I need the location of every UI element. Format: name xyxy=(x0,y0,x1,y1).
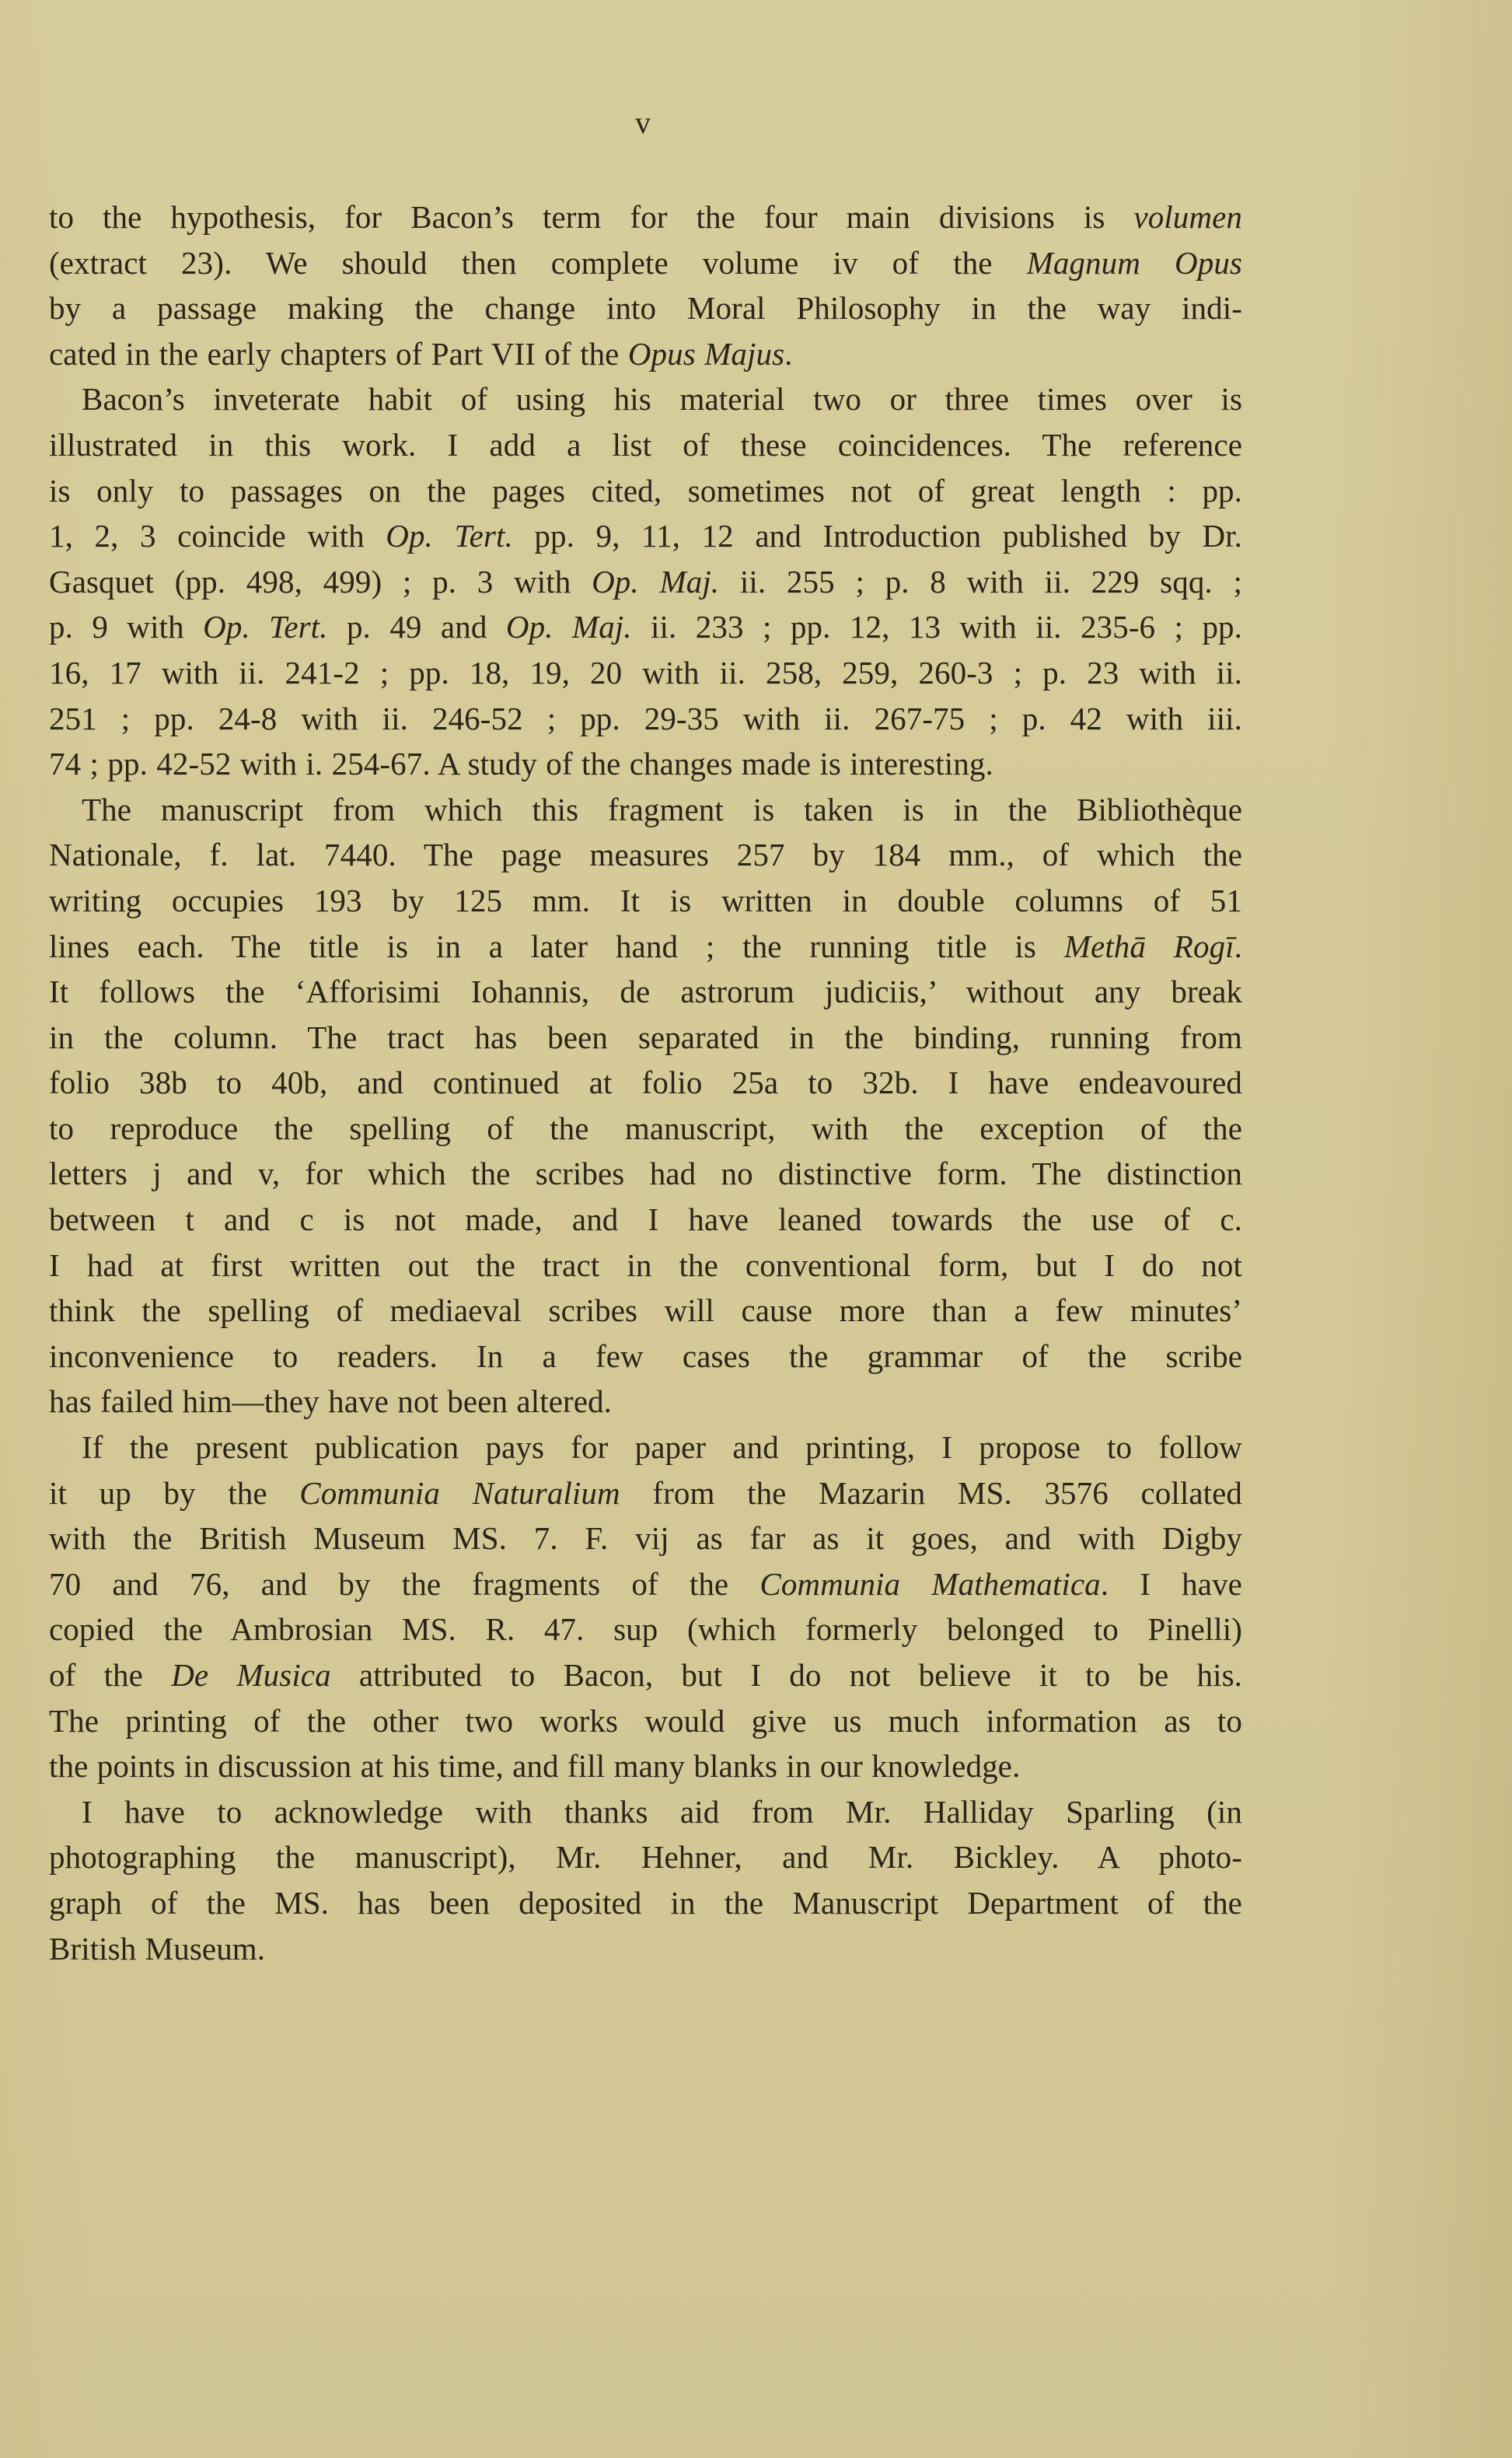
text-run: 74 ; pp. 42-52 with i. 254-67. A study o… xyxy=(49,746,993,781)
text-run: p. 49 and xyxy=(328,609,506,645)
italic-title: volumen xyxy=(1133,199,1242,235)
text-run: The printing of the other two works woul… xyxy=(49,1703,1242,1739)
text-line: to the hypothesis, for Bacon’s term for … xyxy=(49,194,1242,240)
paragraph-last-line: the points in discussion at his time, an… xyxy=(49,1743,1242,1789)
text-run: graph of the MS. has been deposited in t… xyxy=(49,1885,1242,1921)
italic-title: Op. Maj. xyxy=(506,609,632,645)
text-run: Bacon’s inveterate habit of using his ma… xyxy=(82,381,1242,417)
text-line: in the column. The tract has been separa… xyxy=(49,1015,1242,1061)
text-run: has failed him—they have not been altere… xyxy=(49,1383,612,1419)
text-line: 1, 2, 3 coincide with Op. Tert. pp. 9, 1… xyxy=(49,513,1242,559)
text-run: of the xyxy=(49,1657,171,1693)
text-run: ii. 233 ; pp. 12, 13 with ii. 235-6 ; pp… xyxy=(632,609,1242,645)
text-line: folio 38b to 40b, and continued at folio… xyxy=(49,1060,1242,1106)
italic-title: Methā Rogī xyxy=(1064,928,1234,964)
paragraph-first-line: I have to acknowledge with thanks aid fr… xyxy=(49,1789,1242,1835)
text-run: 1, 2, 3 coincide with xyxy=(49,518,386,554)
text-line: think the spelling of mediaeval scribes … xyxy=(49,1288,1242,1334)
text-line: It follows the ‘Afforisimi Iohannis, de … xyxy=(49,969,1242,1015)
text-line: 251 ; pp. 24-8 with ii. 246-52 ; pp. 29-… xyxy=(49,696,1242,742)
text-run: to the hypothesis, for Bacon’s term for … xyxy=(49,199,1133,235)
text-run: to reproduce the spelling of the manuscr… xyxy=(49,1110,1242,1146)
text-run: folio 38b to 40b, and continued at folio… xyxy=(49,1065,1242,1100)
text-run: writing occupies 193 by 125 mm. It is wr… xyxy=(49,883,1242,918)
text-run: with the British Museum MS. 7. F. vij as… xyxy=(49,1520,1242,1556)
text-run: I have to acknowledge with thanks aid fr… xyxy=(82,1794,1242,1830)
text-line: photographing the manuscript), Mr. Hehne… xyxy=(49,1834,1242,1880)
text-line: by a passage making the change into Mora… xyxy=(49,285,1242,331)
text-run: I had at first written out the tract in … xyxy=(49,1247,1242,1283)
text-run: British Museum. xyxy=(49,1931,265,1967)
text-line: Nationale, f. lat. 7440. The page measur… xyxy=(49,832,1242,878)
text-run: 16, 17 with ii. 241-2 ; pp. 18, 19, 20 w… xyxy=(49,655,1242,691)
text-run: copied the Ambrosian MS. R. 47. sup (whi… xyxy=(49,1611,1242,1647)
text-line: p. 9 with Op. Tert. p. 49 and Op. Maj. i… xyxy=(49,604,1242,650)
text-line: is only to passages on the pages cited, … xyxy=(49,468,1242,514)
paragraph-first-line: The manuscript from which this fragment … xyxy=(49,787,1242,833)
text-line: of the De Musica attributed to Bacon, bu… xyxy=(49,1652,1242,1698)
body-text: to the hypothesis, for Bacon’s term for … xyxy=(49,194,1242,1971)
text-line: inconvenience to readers. In a few cases… xyxy=(49,1334,1242,1379)
text-run: 70 and 76, and by the fragments of the xyxy=(49,1566,759,1602)
paragraph-last-line: has failed him—they have not been altere… xyxy=(49,1379,1242,1425)
text-run: It follows the ‘Afforisimi Iohannis, de … xyxy=(49,974,1242,1009)
italic-title: Opus Majus xyxy=(628,336,784,372)
italic-title: Op. Maj. xyxy=(592,564,719,600)
italic-title: De Musica xyxy=(171,1657,331,1693)
text-run: the points in discussion at his time, an… xyxy=(49,1748,1020,1784)
text-line: (extract 23). We should then complete vo… xyxy=(49,240,1242,286)
book-page: v to the hypothesis, for Bacon’s term fo… xyxy=(0,0,1512,2458)
text-line: graph of the MS. has been deposited in t… xyxy=(49,1880,1242,1926)
text-line: between t and c is not made, and I have … xyxy=(49,1197,1242,1243)
text-line: it up by the Communia Naturalium from th… xyxy=(49,1470,1242,1516)
text-line: 70 and 76, and by the fragments of the C… xyxy=(49,1561,1242,1607)
text-run: photographing the manuscript), Mr. Hehne… xyxy=(49,1839,1242,1875)
text-run: think the spelling of mediaeval scribes … xyxy=(49,1292,1242,1328)
paragraph-first-line: Bacon’s inveterate habit of using his ma… xyxy=(49,376,1242,422)
paragraph-last-line: British Museum. xyxy=(49,1926,1242,1972)
text-run: in the column. The tract has been separa… xyxy=(49,1019,1242,1055)
text-run: . I have xyxy=(1101,1566,1242,1602)
text-line: illustrated in this work. I add a list o… xyxy=(49,422,1242,468)
text-run: it up by the xyxy=(49,1475,299,1511)
italic-title: Communia Mathematica xyxy=(759,1566,1100,1602)
text-run: . xyxy=(1234,928,1242,964)
text-line: letters j and v, for which the scribes h… xyxy=(49,1151,1242,1197)
paragraph-last-line: cated in the early chapters of Part VII … xyxy=(49,331,1242,377)
text-line: lines each. The title is in a later hand… xyxy=(49,924,1242,970)
text-line: copied the Ambrosian MS. R. 47. sup (whi… xyxy=(49,1607,1242,1652)
text-run: inconvenience to readers. In a few cases… xyxy=(49,1338,1242,1374)
italic-title: Magnum Opus xyxy=(1027,245,1242,281)
text-run: pp. 9, 11, 12 and Introduction published… xyxy=(513,518,1242,554)
text-run: Gasquet (pp. 498, 499) ; p. 3 with xyxy=(49,564,592,600)
italic-title: Op. Tert. xyxy=(203,609,327,645)
text-run: 251 ; pp. 24-8 with ii. 246-52 ; pp. 29-… xyxy=(49,701,1242,736)
paragraph-last-line: 74 ; pp. 42-52 with i. 254-67. A study o… xyxy=(49,741,1242,787)
text-line: with the British Museum MS. 7. F. vij as… xyxy=(49,1516,1242,1561)
text-run: between t and c is not made, and I have … xyxy=(49,1201,1242,1237)
text-run: . xyxy=(784,336,792,372)
italic-title: Op. Tert. xyxy=(386,518,513,554)
text-run: cated in the early chapters of Part VII … xyxy=(49,336,628,372)
text-run: (extract 23). We should then complete vo… xyxy=(49,245,1027,281)
text-line: I had at first written out the tract in … xyxy=(49,1243,1242,1288)
page-number: v xyxy=(631,107,655,138)
text-run: lines each. The title is in a later hand… xyxy=(49,928,1064,964)
text-run: attributed to Bacon, but I do not believ… xyxy=(331,1657,1242,1693)
text-run: letters j and v, for which the scribes h… xyxy=(49,1156,1242,1191)
text-run: by a passage making the change into Mora… xyxy=(49,290,1242,326)
text-run: p. 9 with xyxy=(49,609,203,645)
text-run: The manuscript from which this fragment … xyxy=(82,792,1242,827)
text-run: is only to passages on the pages cited, … xyxy=(49,473,1242,509)
text-run: from the Mazarin MS. 3576 collated xyxy=(620,1475,1242,1511)
text-run: If the present publication pays for pape… xyxy=(82,1429,1242,1465)
text-line: Gasquet (pp. 498, 499) ; p. 3 with Op. M… xyxy=(49,559,1242,605)
text-run: Nationale, f. lat. 7440. The page measur… xyxy=(49,837,1242,872)
text-line: to reproduce the spelling of the manuscr… xyxy=(49,1106,1242,1152)
text-run: ii. 255 ; p. 8 with ii. 229 sqq. ; xyxy=(719,564,1242,600)
text-line: The printing of the other two works woul… xyxy=(49,1698,1242,1744)
text-line: writing occupies 193 by 125 mm. It is wr… xyxy=(49,878,1242,924)
italic-title: Communia Naturalium xyxy=(299,1475,620,1511)
text-run: illustrated in this work. I add a list o… xyxy=(49,427,1242,463)
paragraph-first-line: If the present publication pays for pape… xyxy=(49,1425,1242,1470)
text-line: 16, 17 with ii. 241-2 ; pp. 18, 19, 20 w… xyxy=(49,650,1242,696)
